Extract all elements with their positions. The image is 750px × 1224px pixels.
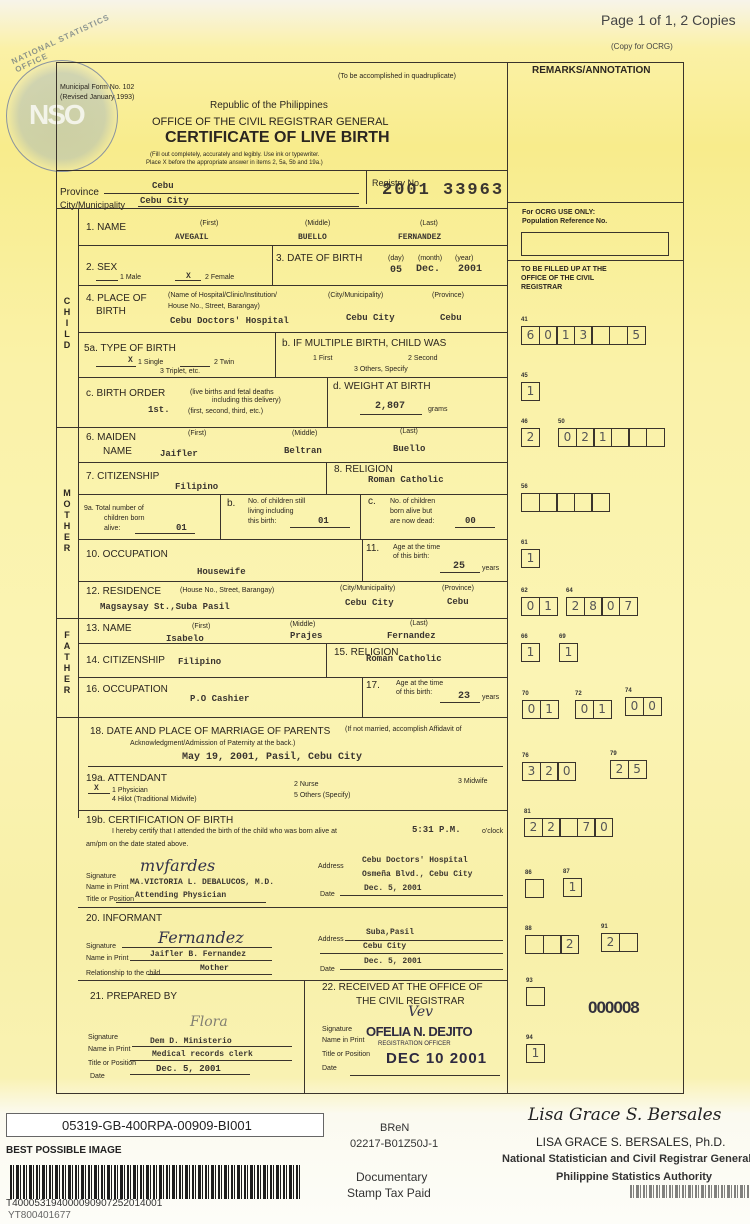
dob-day: 05	[390, 265, 402, 276]
physician-signature: mvfardes	[140, 856, 215, 875]
physician-address-2: Osmeña Blvd., Cebu City	[362, 870, 472, 879]
code-digit: 5	[628, 760, 647, 779]
code-box-group: 01	[575, 700, 610, 719]
code-label: 94	[526, 1035, 533, 1041]
sex-label: 2. SEX	[86, 262, 117, 273]
mother-middle-name: Beltran	[284, 446, 322, 456]
code-digit	[591, 326, 610, 345]
office-label: OFFICE OF THE CIVIL REGISTRAR GENERAL	[152, 116, 389, 128]
code-digit	[591, 493, 610, 512]
code-box-group	[521, 493, 609, 512]
father-side-label: FATHER	[61, 630, 73, 696]
dob-year: 2001	[458, 264, 482, 275]
code-digit: 2	[601, 933, 620, 952]
mother-religion: Roman Catholic	[368, 475, 444, 485]
mother-first-name: Jaifler	[160, 449, 198, 459]
code-digit	[559, 818, 578, 837]
statistician-position: National Statistician and Civil Registra…	[502, 1153, 750, 1165]
child-first-name: AVEGAIL	[175, 233, 209, 242]
instructions-2: Place X before the appropriate answer in…	[146, 160, 323, 167]
mother-residence-city: Cebu City	[345, 598, 394, 608]
code-digit: 0	[557, 762, 576, 781]
code-label: 41	[521, 317, 528, 323]
code-box-group	[526, 987, 544, 1006]
children-living: 01	[318, 516, 329, 526]
republic-label: Republic of the Philippines	[210, 100, 328, 111]
code-digit	[619, 933, 638, 952]
code-digit: 1	[521, 382, 540, 401]
code-digit: 6	[521, 326, 540, 345]
code-digit: 1	[593, 700, 612, 719]
weight-label: d. WEIGHT AT BIRTH	[333, 381, 431, 392]
code-digit	[611, 428, 630, 447]
secondary-code: YT800401677	[8, 1210, 71, 1221]
birth-time: 5:31 P.M.	[412, 825, 461, 835]
code-box-group: 320	[522, 762, 575, 781]
best-possible-image: BEST POSSIBLE IMAGE	[6, 1145, 122, 1156]
birth-order-label: c. BIRTH ORDER	[86, 388, 165, 399]
statistician-signature: Lisa Grace S. Bersales	[528, 1105, 721, 1125]
agency-barcode	[630, 1185, 750, 1198]
code-digit	[521, 493, 540, 512]
control-number: 05319-GB-400RPA-00909-BI001	[62, 1118, 252, 1133]
code-digit: 0	[643, 697, 662, 716]
barcode	[10, 1165, 300, 1199]
code-digit	[574, 493, 593, 512]
bren-number: 02217-B01Z50J-1	[350, 1138, 438, 1150]
form-number: Municipal Form No. 102	[60, 84, 134, 91]
code-box-group: 2	[525, 935, 578, 954]
code-digit: 1	[540, 700, 559, 719]
code-digit: 2	[610, 760, 629, 779]
prepared-by-label: 21. PREPARED BY	[90, 991, 177, 1002]
city-value: Cebu City	[140, 196, 189, 206]
physician-date: Dec. 5, 2001	[364, 884, 422, 893]
barcode-text: T400053194000090907252014001	[6, 1198, 162, 1209]
province-value: Cebu	[152, 181, 174, 191]
physician-name: MA.VICTORIA L. DEBALUCOS, M.D.	[130, 878, 274, 887]
code-digit: 1	[593, 428, 612, 447]
informant-address-1: Suba,Pasil	[366, 928, 414, 937]
child-name-label: 1. NAME	[86, 222, 126, 233]
mother-citizenship: Filipino	[175, 482, 218, 492]
code-box-group: 00	[625, 697, 660, 716]
code-box-group	[525, 879, 543, 898]
code-digit	[628, 428, 647, 447]
code-label: 61	[521, 540, 528, 546]
child-side-label: CHILD	[61, 296, 73, 351]
code-label: 88	[525, 926, 532, 932]
father-religion: Roman Catholic	[366, 654, 442, 664]
code-digit: 1	[556, 326, 575, 345]
code-digit: 0	[625, 697, 644, 716]
code-box-group: 1	[521, 382, 539, 401]
code-label: 76	[522, 753, 529, 759]
physician-title: Attending Physician	[135, 891, 226, 900]
code-box-group: 2	[601, 933, 636, 952]
remarks-header: REMARKS/ANNOTATION	[532, 65, 651, 76]
code-digit: 0	[601, 597, 620, 616]
informant-name: Jaifler B. Fernandez	[150, 950, 246, 959]
code-digit: 2	[524, 818, 543, 837]
code-digit: 2	[521, 428, 540, 447]
instructions-1: (Fill out completely, accurately and leg…	[150, 152, 320, 159]
mother-last-name: Buello	[393, 444, 425, 454]
registrar-name-stamp: OFELIA N. DEJITO	[366, 1024, 472, 1039]
code-digit: 5	[627, 326, 646, 345]
physician-address-1: Cebu Doctors' Hospital	[362, 856, 468, 865]
form-title: CERTIFICATE OF LIVE BIRTH	[165, 129, 390, 147]
father-citizenship-label: 14. CITIZENSHIP	[86, 655, 165, 666]
code-label: 70	[522, 691, 529, 697]
code-label: 79	[610, 751, 617, 757]
father-occupation-label: 16. OCCUPATION	[86, 684, 168, 695]
stamp-line-2: Stamp Tax Paid	[347, 1186, 431, 1200]
preparer-name: Dem D. Ministerio	[150, 1037, 232, 1046]
dob-month: Dec.	[416, 264, 440, 275]
code-box-group: 1	[563, 878, 581, 897]
code-digit: 0	[558, 428, 577, 447]
population-reference-box	[521, 232, 669, 256]
code-digit: 2	[566, 597, 585, 616]
mother-occupation-label: 10. OCCUPATION	[86, 549, 168, 560]
code-box-group: 1	[526, 1044, 544, 1063]
informant-relationship: Mother	[200, 964, 229, 973]
marriage-value: May 19, 2001, Pasil, Cebu City	[182, 752, 362, 763]
pob-province: Cebu	[440, 313, 462, 323]
code-label: 45	[521, 373, 528, 379]
code-digit	[539, 493, 558, 512]
registry-number: 2001 33963	[382, 181, 504, 200]
mother-religion-label: 8. RELIGION	[334, 464, 393, 475]
code-label: 62	[521, 588, 528, 594]
code-box-group: 2270	[524, 818, 612, 837]
statistician-name: LISA GRACE S. BERSALES, Ph.D.	[536, 1135, 725, 1149]
registrar-signature: Vev	[408, 1004, 433, 1020]
agency-name: Philippine Statistics Authority	[556, 1171, 712, 1183]
registrar-title-stamp: REGISTRATION OFFICER	[378, 1041, 451, 1048]
code-label: 93	[526, 978, 533, 984]
weight-value: 2,807	[375, 401, 405, 412]
code-label: 64	[566, 588, 573, 594]
received-date-stamp: DEC 10 2001	[386, 1050, 487, 1067]
code-box-group: 2807	[566, 597, 636, 616]
code-label: 56	[521, 484, 528, 490]
bren-label: BReN	[380, 1122, 409, 1134]
preparer-date: Dec. 5, 2001	[156, 1064, 221, 1074]
code-digit: 1	[539, 597, 558, 616]
code-digit: 0	[539, 326, 558, 345]
dob-label: 3. DATE OF BIRTH	[276, 253, 362, 264]
preparer-title: Medical records clerk	[152, 1050, 253, 1059]
pob-hospital: Cebu Doctors' Hospital	[170, 316, 289, 326]
code-digit: 0	[575, 700, 594, 719]
code-label: 69	[559, 634, 566, 640]
code-digit: 1	[521, 643, 540, 662]
code-digit	[525, 935, 544, 954]
code-digit: 0	[522, 700, 541, 719]
mother-age: 25	[453, 561, 465, 572]
pob-city: Cebu City	[346, 313, 395, 323]
form-revised: (Revised January 1993)	[60, 94, 134, 101]
code-digit: 2	[576, 428, 595, 447]
code-box-group: 1	[521, 549, 539, 568]
code-digit: 2	[540, 762, 559, 781]
province-label: Province	[60, 187, 99, 198]
code-box-group: 2	[521, 428, 539, 447]
code-label: 91	[601, 924, 608, 930]
father-last-name: Fernandez	[387, 631, 436, 641]
code-digit: 2	[542, 818, 561, 837]
code-label: 66	[521, 634, 528, 640]
code-label: 87	[563, 869, 570, 875]
father-occupation: P.O Cashier	[190, 694, 249, 704]
received-label: 22. RECEIVED AT THE OFFICE OF	[322, 982, 483, 993]
stamp-line-1: Documentary	[356, 1170, 427, 1184]
code-digit	[526, 987, 545, 1006]
code-label: 72	[575, 691, 582, 697]
code-digit: 0	[594, 818, 613, 837]
informant-address-2: Cebu City	[363, 942, 406, 951]
code-label: 74	[625, 688, 632, 694]
code-digit: 1	[526, 1044, 545, 1063]
total-children-born: 01	[176, 523, 187, 533]
code-digit: 1	[563, 878, 582, 897]
code-digit	[543, 935, 562, 954]
code-box-group: 1	[521, 643, 539, 662]
code-digit	[609, 326, 628, 345]
code-digit	[556, 493, 575, 512]
father-age: 23	[458, 691, 470, 702]
children-dead: 00	[465, 516, 476, 526]
code-digit	[525, 879, 544, 898]
code-digit: 3	[522, 762, 541, 781]
code-digit: 1	[521, 549, 540, 568]
mother-citizenship-label: 7. CITIZENSHIP	[86, 471, 159, 482]
code-digit: 3	[574, 326, 593, 345]
birth-order: 1st.	[148, 405, 170, 415]
pob-label: 4. PLACE OF	[86, 293, 147, 304]
serial-number: 000008	[588, 998, 639, 1018]
page-count: Page 1 of 1, 2 Copies	[601, 12, 736, 28]
code-box-group: 021	[558, 428, 664, 447]
maiden-name-label: 6. MAIDEN	[86, 432, 136, 443]
marriage-label: 18. DATE AND PLACE OF MARRIAGE OF PARENT…	[90, 726, 330, 737]
child-middle-name: BUELLO	[298, 233, 327, 242]
father-middle-name: Prajes	[290, 631, 322, 641]
preparer-signature: Flora	[190, 1014, 228, 1030]
code-label: 86	[525, 870, 532, 876]
attendant-label: 19a. ATTENDANT	[86, 773, 167, 784]
code-digit: 0	[521, 597, 540, 616]
code-label: 81	[524, 809, 531, 815]
informant-date: Dec. 5, 2001	[364, 957, 422, 966]
multiple-birth-label: b. IF MULTIPLE BIRTH, CHILD WAS	[282, 338, 446, 349]
mother-side-label: MOTHER	[61, 488, 73, 554]
informant-label: 20. INFORMANT	[86, 913, 162, 924]
code-box-group: 01	[522, 700, 557, 719]
mother-residence-street: Magsaysay St.,Suba Pasil	[100, 602, 230, 612]
code-digit: 8	[584, 597, 603, 616]
mother-residence-province: Cebu	[447, 597, 469, 607]
code-label: 50	[558, 419, 565, 425]
mother-residence-label: 12. RESIDENCE	[86, 586, 161, 597]
code-box-group: 1	[559, 643, 577, 662]
copy-for-label: (Copy for OCRG)	[611, 42, 673, 51]
quadruplicate-note: (To be accomplished in quadruplicate)	[338, 73, 456, 80]
code-digit: 7	[619, 597, 638, 616]
code-box-group: 01	[521, 597, 556, 616]
mother-occupation: Housewife	[197, 567, 246, 577]
code-digit: 1	[559, 643, 578, 662]
code-digit: 2	[560, 935, 579, 954]
child-last-name: FERNANDEZ	[398, 233, 441, 242]
code-digit: 7	[577, 818, 596, 837]
father-citizenship: Filipino	[178, 657, 221, 667]
code-label: 46	[521, 419, 528, 425]
type-of-birth-label: 5a. TYPE OF BIRTH	[84, 343, 176, 354]
code-digit	[646, 428, 665, 447]
certification-label: 19b. CERTIFICATION OF BIRTH	[86, 815, 233, 826]
code-box-group: 25	[610, 760, 645, 779]
informant-signature: Fernandez	[158, 928, 244, 947]
father-name-label: 13. NAME	[86, 623, 132, 634]
code-box-group: 60135	[521, 326, 644, 345]
